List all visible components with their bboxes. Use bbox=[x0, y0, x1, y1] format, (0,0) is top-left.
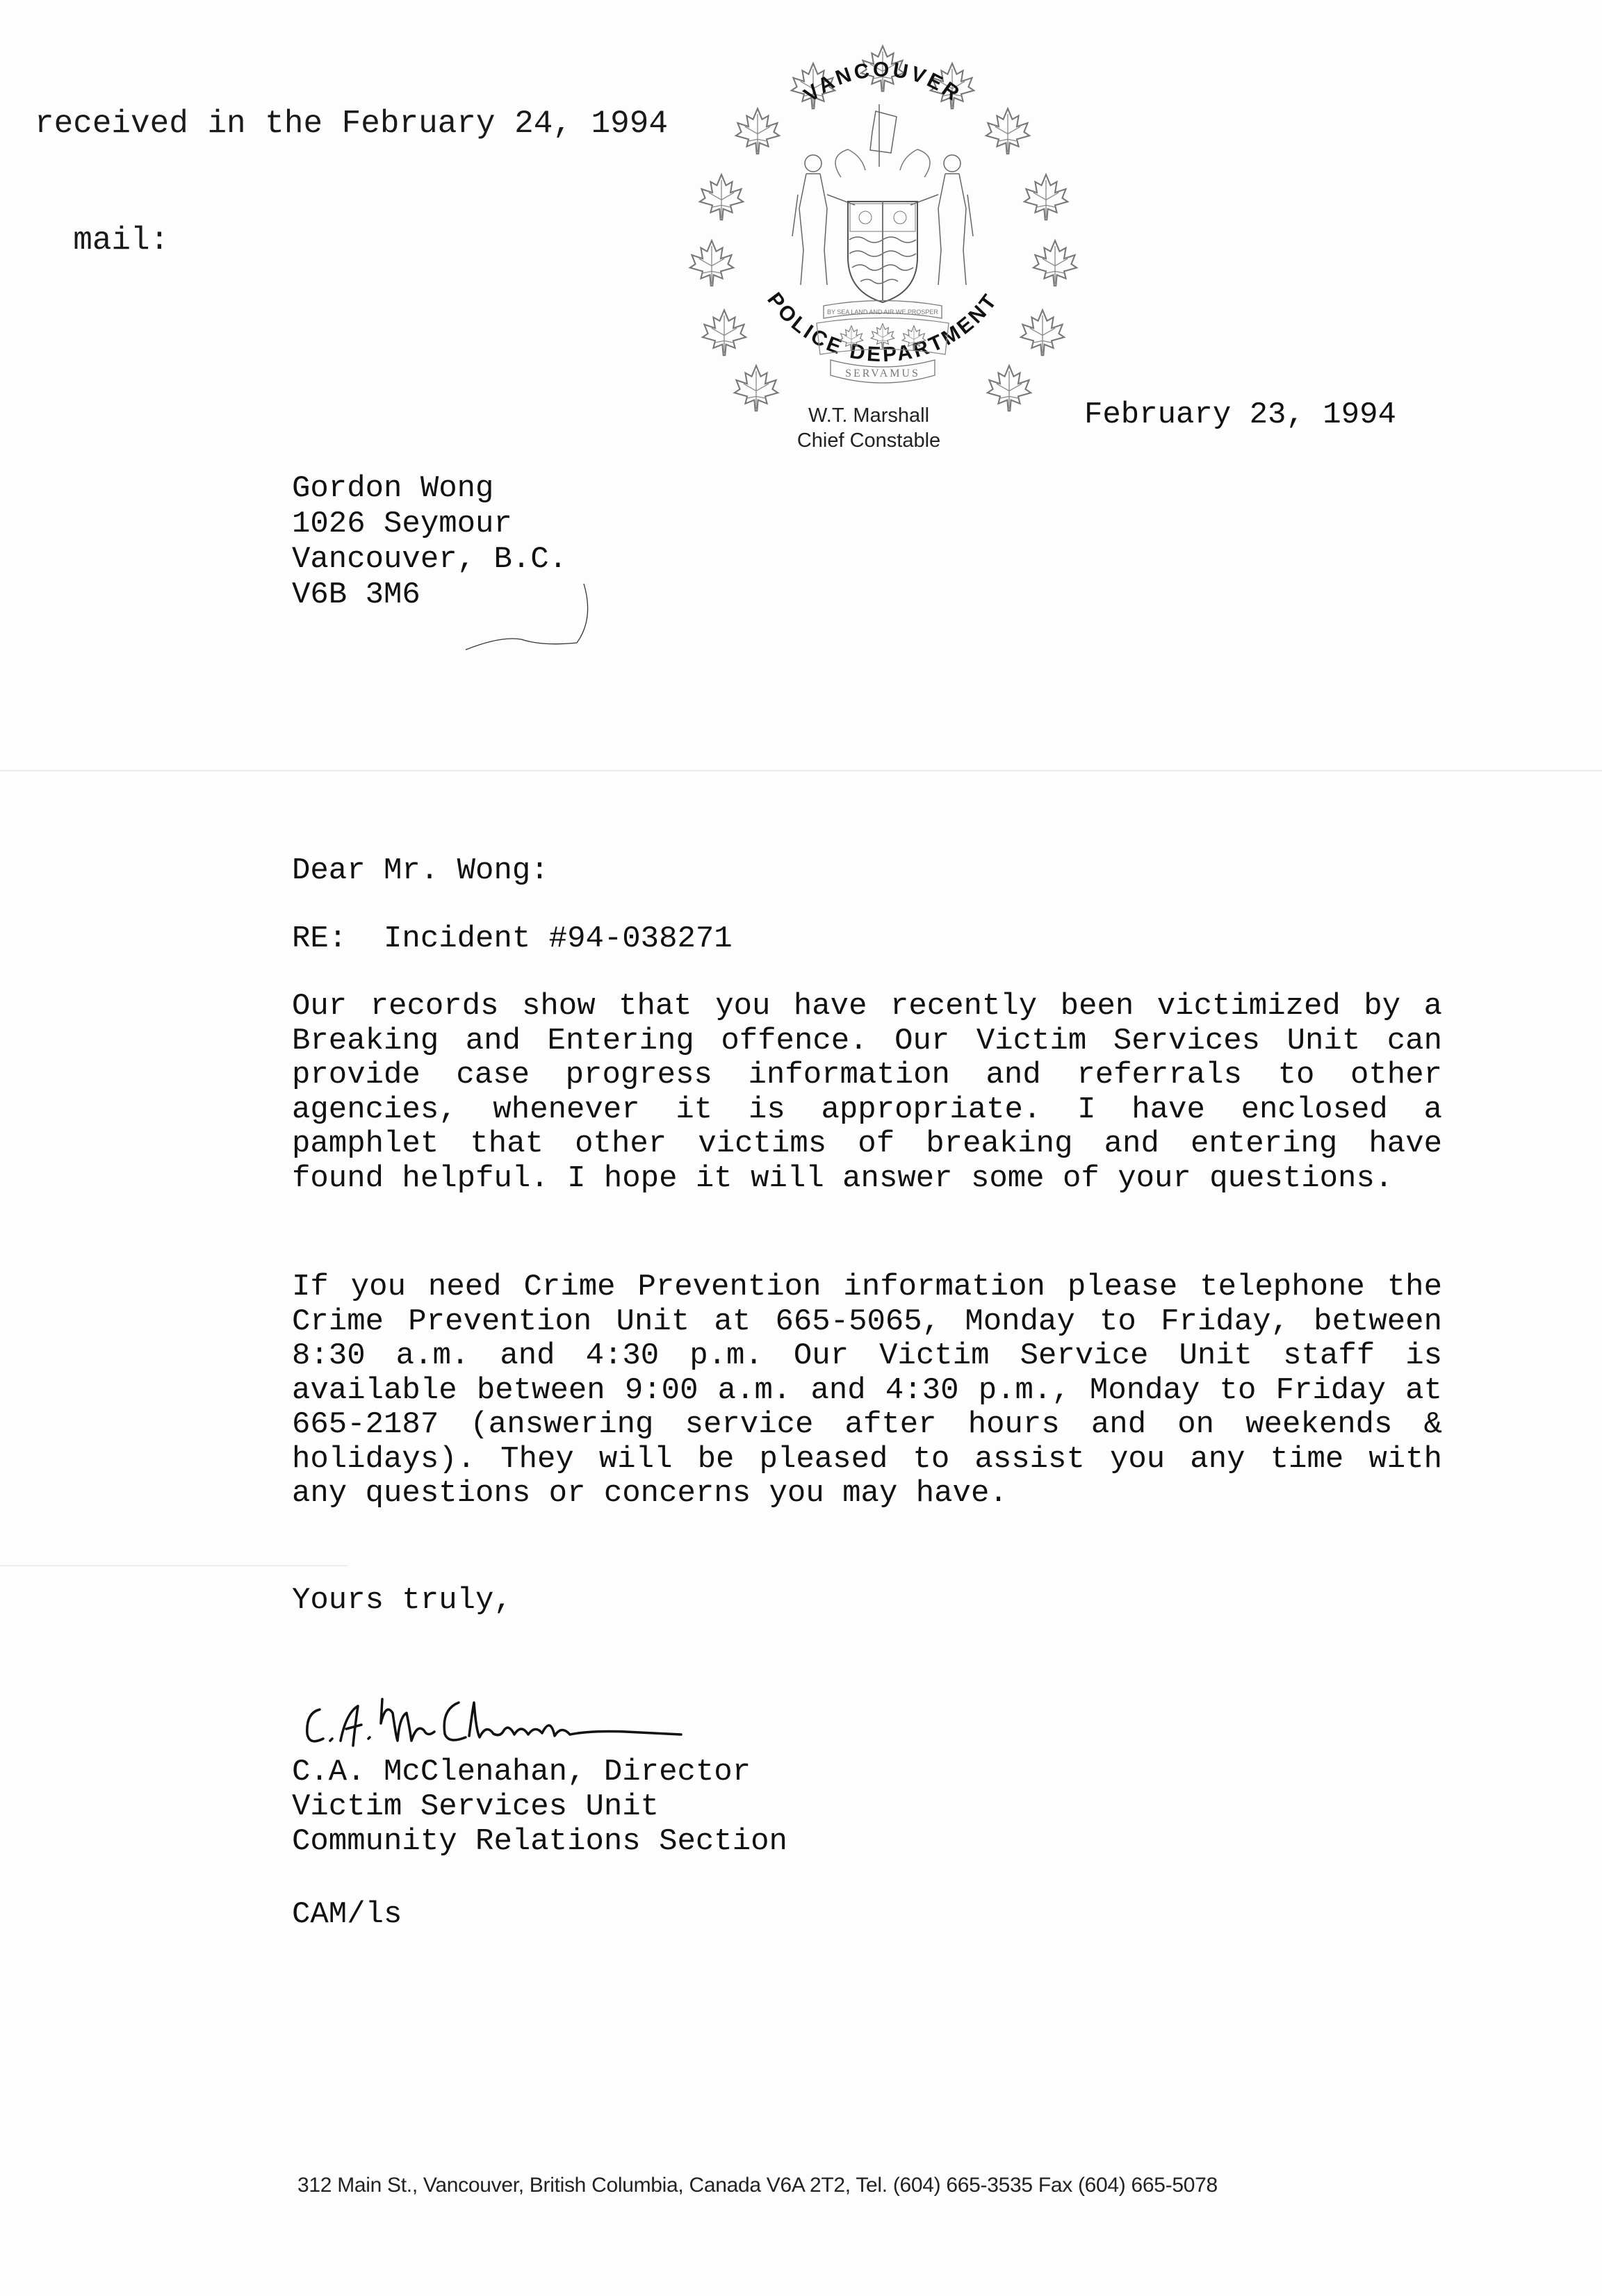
re-line: RE: Incident #94-038271 bbox=[292, 921, 733, 956]
letterhead-footer-address: 312 Main St., Vancouver, British Columbi… bbox=[297, 2174, 1218, 2197]
chief-constable-block: W.T. Marshall Chief Constable bbox=[730, 403, 1008, 453]
signer-unit: Victim Services Unit bbox=[292, 1789, 787, 1824]
signature-icon: C.A. McClenahan bbox=[292, 1682, 862, 1758]
pen-mark-icon bbox=[445, 577, 626, 653]
recipient-city: Vancouver, B.C. bbox=[292, 542, 567, 577]
body-paragraph-1: Our records show that you have recently … bbox=[292, 990, 1442, 1196]
received-stamp: received in the February 24, 1994 mail: bbox=[35, 26, 668, 338]
chief-name: W.T. Marshall bbox=[730, 403, 1008, 428]
scan-artifact-line bbox=[0, 770, 1602, 771]
salutation: Dear Mr. Wong: bbox=[292, 853, 549, 888]
received-stamp-line1: received in the February 24, 1994 bbox=[35, 104, 668, 143]
letter-date: February 23, 1994 bbox=[1084, 397, 1396, 432]
signer-name-title: C.A. McClenahan, Director bbox=[292, 1755, 787, 1789]
body-paragraph-2: If you need Crime Prevention information… bbox=[292, 1270, 1442, 1511]
recipient-name: Gordon Wong bbox=[292, 471, 567, 507]
reference-initials: CAM/ls bbox=[292, 1897, 402, 1932]
chief-title: Chief Constable bbox=[730, 428, 1008, 453]
signer-section: Community Relations Section bbox=[292, 1824, 787, 1859]
signer-block: C.A. McClenahan, Director Victim Service… bbox=[292, 1755, 787, 1859]
closing: Yours truly, bbox=[292, 1583, 512, 1618]
received-stamp-line2: mail: bbox=[35, 221, 668, 260]
letter-page: received in the February 24, 1994 mail: bbox=[0, 0, 1602, 2296]
scan-artifact-line bbox=[0, 1565, 348, 1566]
police-crest-logo: VANCOUVER POLICE DEPARTMENT bbox=[667, 28, 1098, 417]
recipient-street: 1026 Seymour bbox=[292, 507, 567, 542]
svg-text:BY SEA LAND AND AIR WE PROSPER: BY SEA LAND AND AIR WE PROSPER bbox=[827, 309, 938, 315]
crest-icon: VANCOUVER POLICE DEPARTMENT bbox=[667, 28, 1098, 417]
svg-text:SERVAMUS: SERVAMUS bbox=[845, 368, 920, 379]
